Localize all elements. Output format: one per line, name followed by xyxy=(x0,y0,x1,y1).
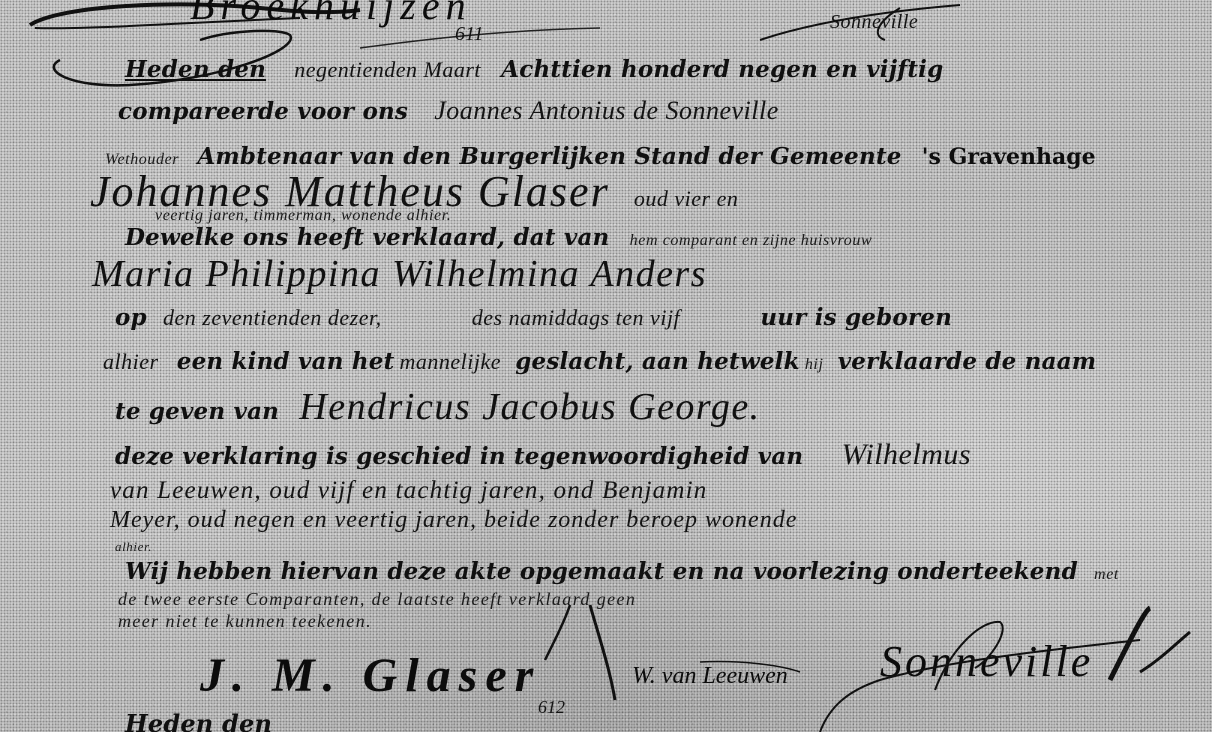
printed-naam: verklaarde de naam xyxy=(838,350,1097,373)
printed-geboren: uur is geboren xyxy=(760,306,952,329)
text-line-10: deze verklaring is geschied in tegenwoor… xyxy=(115,440,971,470)
alhier-interlinear: alhier. xyxy=(115,540,152,553)
birth-place: alhier xyxy=(103,351,159,373)
printed-heden-den: Heden den xyxy=(125,58,266,81)
date-handwritten: negentienden Maart xyxy=(294,59,481,81)
mother-name: Maria Philippina Wilhelmina Anders xyxy=(92,255,707,293)
text-line-3: Wethouder Ambtenaar van den Burgerlijken… xyxy=(105,145,1096,168)
printed-geslacht: geslacht, aan hetwelk xyxy=(515,350,800,373)
next-record-start: Heden den xyxy=(125,712,272,732)
father-relation: hem comparant en zijne huisvrouw xyxy=(630,233,873,249)
text-line-13: Wij hebben hiervan deze akte opgemaakt e… xyxy=(125,560,1119,583)
signature-declarant: J. M. Glaser xyxy=(200,652,541,700)
witness1-details: van Leeuwen, oud vijf en tachtig jaren, … xyxy=(110,478,707,503)
top-cut-signature: Broekhuijzen xyxy=(190,0,472,26)
cannot-sign-note: meer niet te kunnen teekenen. xyxy=(118,612,372,630)
printed-compareerde: compareerde voor ons xyxy=(118,100,408,123)
printed-verklaring: deze verklaring is geschied in tegenwoor… xyxy=(115,445,803,468)
text-line-7: op den zeventienden dezer, des namiddags… xyxy=(115,306,952,329)
text-line-9: te geven van Hendricus Jacobus George. xyxy=(115,388,761,426)
margin-name: Sonneville xyxy=(830,12,918,32)
birth-date: den zeventienden dezer, xyxy=(163,307,382,329)
top-flourish xyxy=(0,0,1212,100)
witness2-details: Meyer, oud negen en veertig jaren, beide… xyxy=(110,508,797,532)
text-line-8: alhier een kind van het mannelijke gesla… xyxy=(103,350,1096,373)
signature-official: Sonneville xyxy=(880,640,1093,684)
birth-time: des namiddags ten vijf xyxy=(472,307,680,329)
text-line-5: Dewelke ons heeft verklaard, dat van hem… xyxy=(125,226,872,249)
official-title: Wethouder xyxy=(105,152,179,168)
printed-een-kind: een kind van het xyxy=(177,350,395,373)
comparanten-note: de twee eerste Comparanten, de laatste h… xyxy=(118,590,636,608)
signature-witness: W. van Leeuwen xyxy=(632,664,788,688)
child-sex: mannelijke xyxy=(400,351,502,373)
municipality: 's Gravenhage xyxy=(922,146,1096,168)
record-number: 611 xyxy=(455,24,484,44)
printed-year: Achttien honderd negen en vijftig xyxy=(501,58,943,81)
declarant-age: oud vier en xyxy=(634,188,738,210)
printed-op: op xyxy=(115,306,147,329)
printed-dewelke: Dewelke ons heeft verklaard, dat van xyxy=(125,226,609,249)
pronoun: hij xyxy=(805,357,824,373)
next-record-number: 612 xyxy=(538,698,565,716)
text-line-2: compareerde voor ons Joannes Antonius de… xyxy=(118,98,779,124)
printed-te-geven: te geven van xyxy=(115,400,279,423)
declarant-details: veertig jaren, timmerman, wonende alhier… xyxy=(155,208,451,224)
text-line-1: Heden den negentienden Maart Achttien ho… xyxy=(125,58,943,81)
met-handwritten: met xyxy=(1094,567,1119,583)
official-name: Joannes Antonius de Sonneville xyxy=(434,98,779,124)
printed-wij-hebben: Wij hebben hiervan deze akte opgemaakt e… xyxy=(125,560,1078,583)
witness1-firstname: Wilhelmus xyxy=(842,440,972,470)
document-page: Broekhuijzen 611 Sonneville Heden den ne… xyxy=(0,0,1212,732)
printed-ambtenaar: Ambtenaar van den Burgerlijken Stand der… xyxy=(197,145,901,168)
child-name: Hendricus Jacobus George. xyxy=(299,388,760,426)
